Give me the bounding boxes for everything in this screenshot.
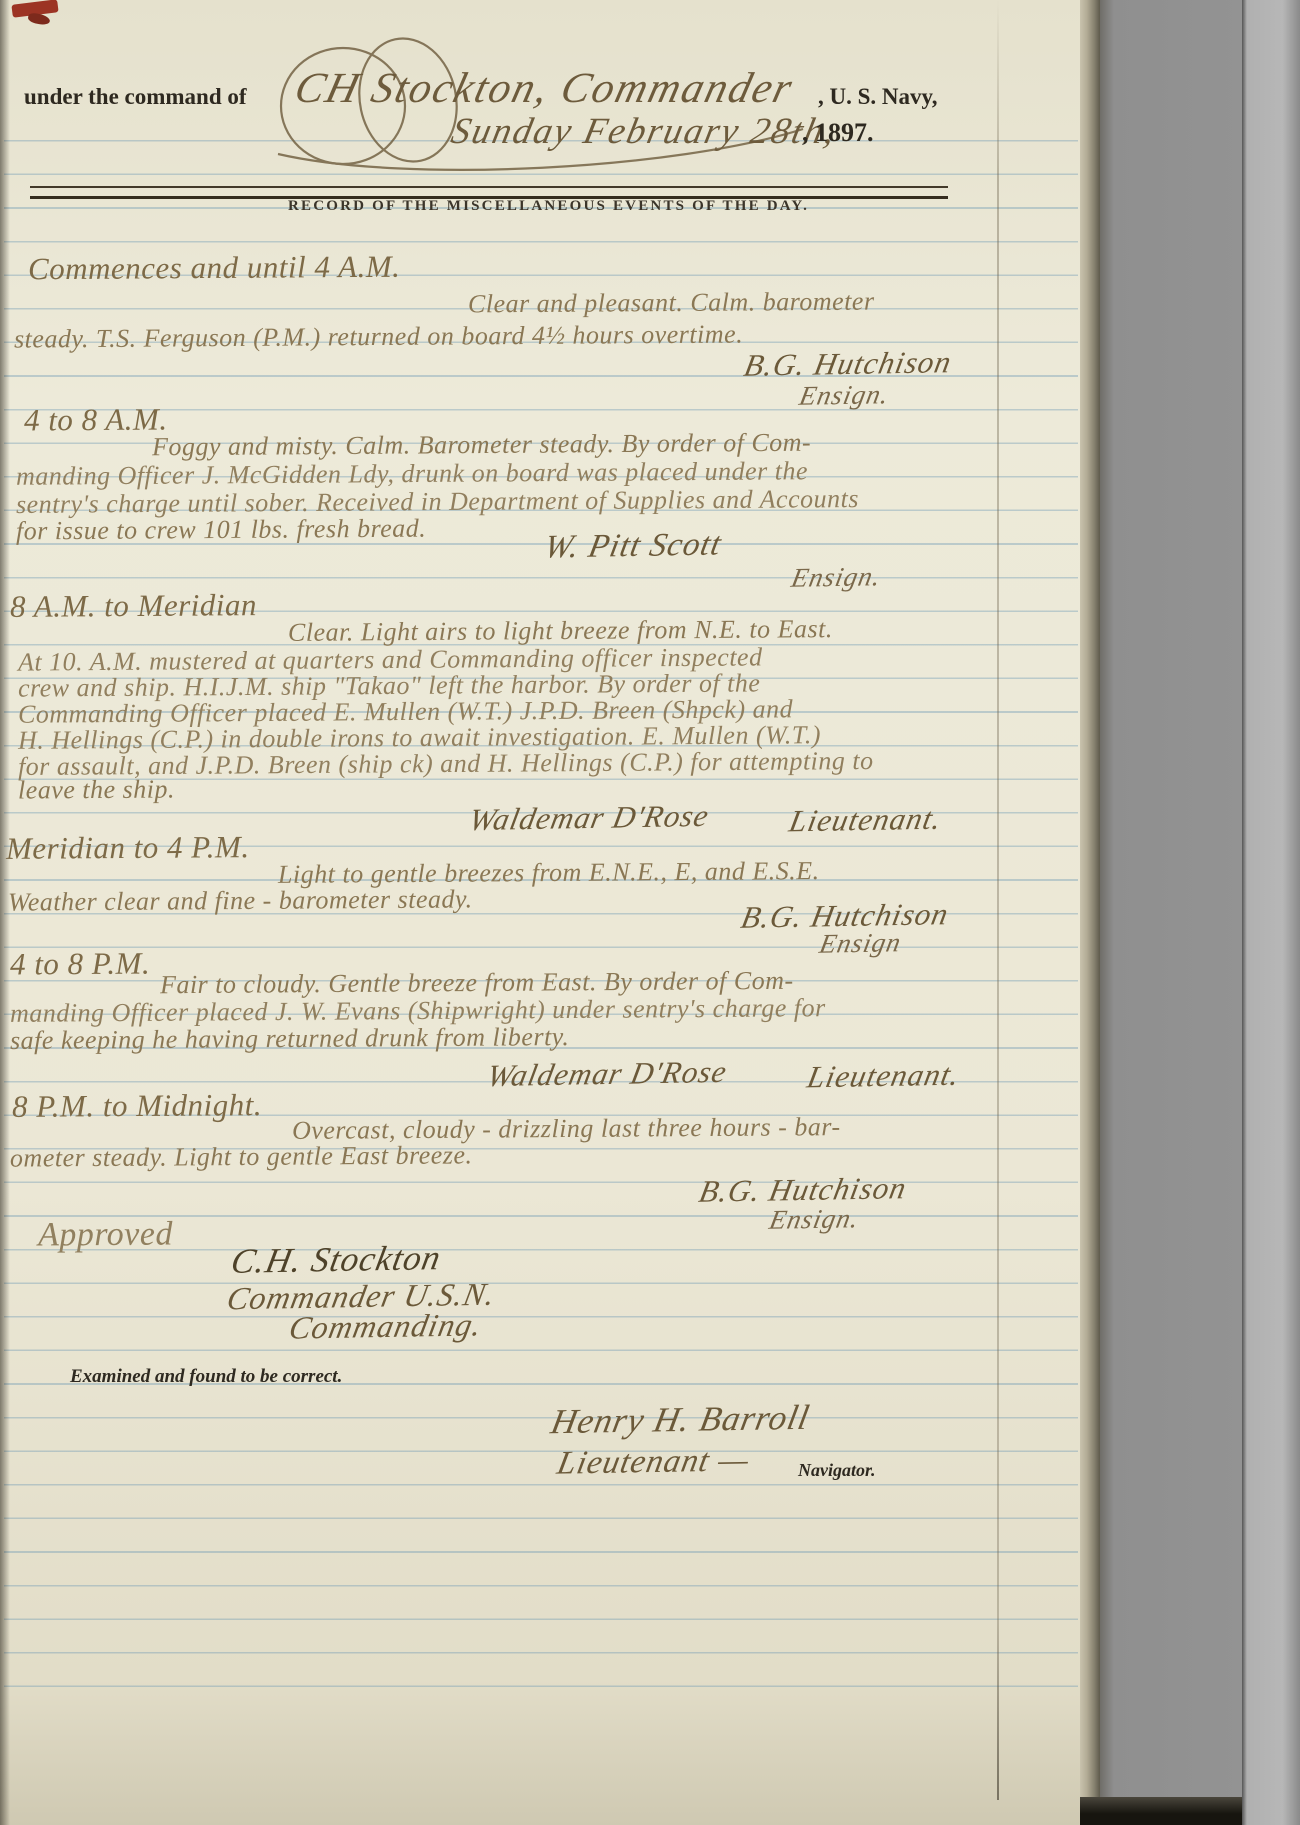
signature-rank: Lieutenant. (786, 801, 945, 840)
signature-name: W. Pitt Scott (541, 526, 725, 566)
entry-line: ometer steady. Light to gentle East bree… (10, 1140, 473, 1173)
signature-rank: Lieutenant. (804, 1057, 963, 1096)
printed-navy-suffix: , U. S. Navy, (818, 84, 938, 110)
entry-line: leave the ship. (18, 774, 175, 805)
watch-heading: 4 to 8 P.M. (10, 946, 150, 983)
entry-line: safe keeping he having returned drunk fr… (10, 1022, 570, 1056)
entry-line: Clear and pleasant. Calm. barometer (468, 287, 875, 320)
book-page-edges (1078, 0, 1100, 1825)
log-page: under the command of CH Stockton, Comman… (0, 0, 1080, 1825)
approved-label: Approved (38, 1216, 173, 1255)
watch-heading: Meridian to 4 P.M. (6, 829, 250, 867)
printed-year: , 1897. (802, 118, 874, 148)
page-crease (997, 0, 999, 1800)
signature-name: Waldemar D'Rose (466, 798, 712, 838)
commander-signature: C.H. Stockton (228, 1238, 445, 1282)
scanner-background (1100, 0, 1242, 1825)
watch-heading: 8 A.M. to Meridian (10, 587, 257, 625)
red-ink-mark (27, 12, 50, 26)
navigator-rank: Lieutenant — (554, 1442, 753, 1482)
navigator-signature: Henry H. Barroll (548, 1398, 813, 1442)
printed-certification: Examined and found to be correct. (70, 1366, 342, 1388)
printed-navigator-label: Navigator. (798, 1460, 876, 1481)
entry-line: Weather clear and fine - barometer stead… (8, 884, 473, 917)
logbook-scan: under the command of CH Stockton, Comman… (0, 0, 1300, 1825)
signature-rank: Ensign. (789, 561, 884, 594)
scanner-background-right (1242, 0, 1300, 1825)
commander-role: Commanding. (286, 1306, 485, 1346)
watch-heading: 8 P.M. to Midnight. (12, 1087, 262, 1125)
watch-heading: Commences and until 4 A.M. (28, 249, 401, 288)
watch-heading: 4 to 8 A.M. (24, 401, 168, 438)
entry-line: for issue to crew 101 lbs. fresh bread. (16, 514, 426, 547)
commander-signature-header: CH Stockton, Commander (290, 64, 799, 113)
signature-name: B.G. Hutchison (741, 344, 955, 384)
signature-rank: Ensign. (767, 1203, 862, 1236)
page-caption: RECORD OF THE MISCELLANEOUS EVENTS OF TH… (288, 198, 809, 215)
signature-rank: Ensign. (797, 379, 892, 412)
signature-name: Waldemar D'Rose (484, 1054, 730, 1094)
handwritten-date: Sunday February 28th, (447, 110, 840, 153)
entry-line: steady. T.S. Ferguson (P.M.) returned on… (14, 319, 743, 354)
signature-rank: Ensign (817, 927, 904, 959)
printed-command-prefix: under the command of (24, 84, 247, 110)
